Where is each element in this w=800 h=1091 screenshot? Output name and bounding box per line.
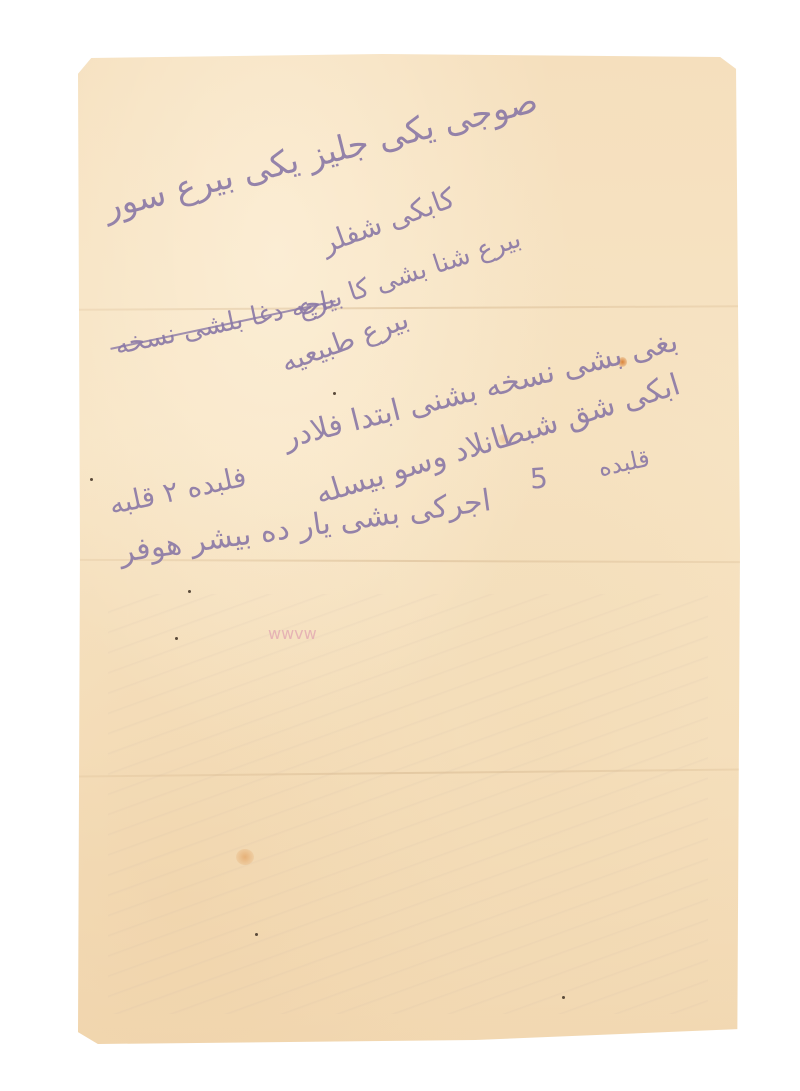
handwritten-numeral: 5: [529, 461, 550, 495]
handwritten-line-1: صوجی یکی جلیز یکی بیرع سور: [100, 81, 542, 228]
faint-pink-mark: wwvw: [268, 624, 317, 643]
age-stain: [236, 849, 254, 865]
margin-note: قلبده: [596, 444, 653, 482]
bleed-through-writing: [108, 594, 708, 1014]
handwritten-line-8: فلبده ۲ قلبه: [106, 460, 249, 521]
ink-speck: [562, 996, 565, 999]
aged-paper-sheet: صوجی یکی جلیز یکی بیرع سور کابکی شفلر بی…: [78, 54, 740, 1044]
fold-line: [78, 305, 740, 310]
ink-speck: [188, 590, 191, 593]
ink-speck: [255, 933, 258, 936]
ink-speck: [90, 478, 93, 481]
ink-speck: [333, 392, 336, 395]
ink-speck: [175, 637, 178, 640]
scan-canvas: صوجی یکی جلیز یکی بیرع سور کابکی شفلر بی…: [0, 0, 800, 1091]
